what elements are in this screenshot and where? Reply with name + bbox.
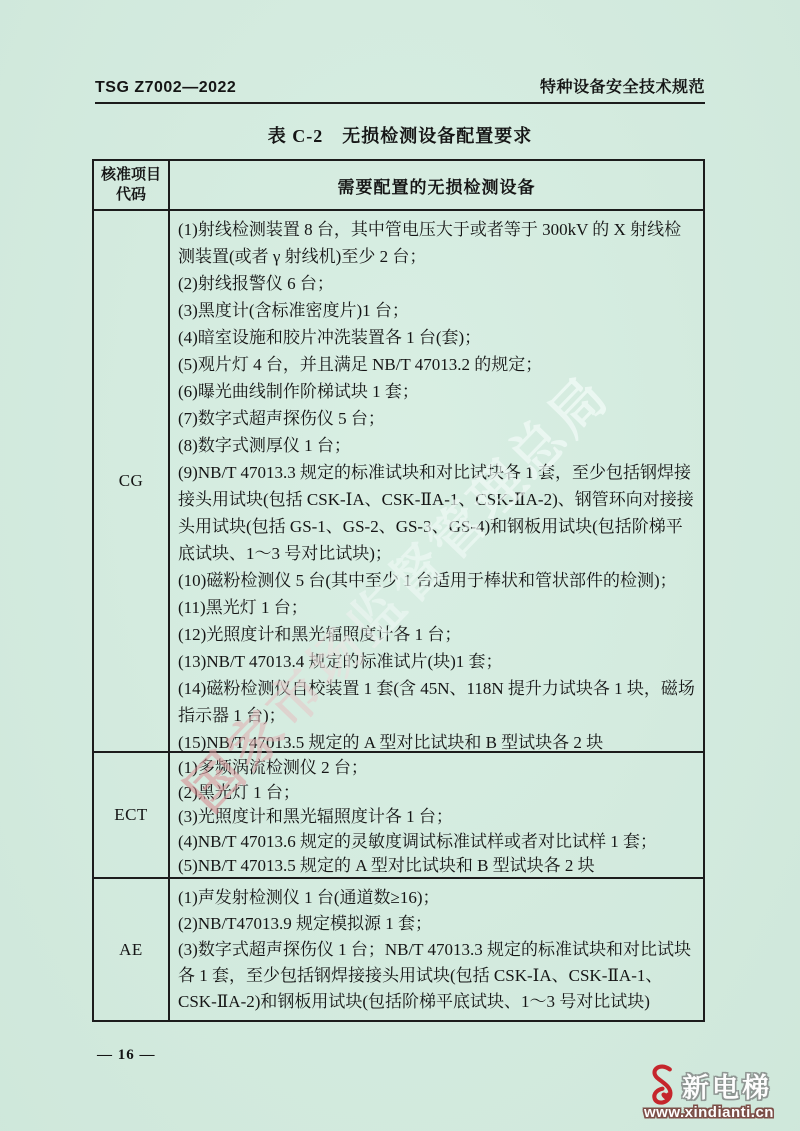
equipment-item: (5)NB/T 47013.5 规定的 A 型对比试块和 B 型试块各 2 块 [178, 854, 697, 879]
equipment-item: (6)曝光曲线制作阶梯试块 1 套； [178, 378, 697, 405]
table-header-row: 核准项目 代码 需要配置的无损检测设备 [94, 161, 703, 211]
equipment-item: (12)光照度计和黑光辐照度计各 1 台； [178, 621, 697, 648]
equipment-item: (3)数字式超声探伤仪 1 台；NB/T 47013.3 规定的标准试块和对比试… [178, 937, 697, 1015]
approval-code: AE [119, 940, 143, 960]
equipment-item: (11)黑光灯 1 台； [178, 594, 697, 621]
items-cell: (1)射线检测装置 8 台，其中管电压大于或者等于 300kV 的 X 射线检测… [170, 211, 703, 751]
page-number: — 16 — [97, 1047, 800, 1064]
doc-code: TSG Z7002—2022 [95, 79, 236, 97]
equipment-item: (2)NB/T47013.9 规定模拟源 1 套； [178, 911, 697, 937]
equipment-item: (1)声发射检测仪 1 台(通道数≥16)； [178, 885, 697, 911]
items-cell: (1)多频涡流检测仪 2 台；(2)黑光灯 1 台；(3)光照度计和黑光辐照度计… [170, 753, 703, 877]
table-row: CG (1)射线检测装置 8 台，其中管电压大于或者等于 300kV 的 X 射… [94, 211, 703, 753]
equipment-item: (1)射线检测装置 8 台，其中管电压大于或者等于 300kV 的 X 射线检测… [178, 216, 697, 270]
table-body: CG (1)射线检测装置 8 台，其中管电压大于或者等于 300kV 的 X 射… [94, 211, 703, 1020]
equipment-item: (5)观片灯 4 台，并且满足 NB/T 47013.2 的规定； [178, 351, 697, 378]
page-header: TSG Z7002—2022 特种设备安全技术规范 [0, 0, 800, 97]
logo-top-row: 新电梯 [624, 1063, 794, 1107]
xindianti-logo: 新电梯 www.xindianti.cn [624, 1063, 794, 1121]
equipment-item: (10)磁粉检测仪 5 台(其中至少 1 台适用于棒状和管状部件的检测)； [178, 567, 697, 594]
col-header-equipment: 需要配置的无损检测设备 [170, 161, 703, 209]
equipment-item: (4)暗室设施和胶片冲洗装置各 1 台(套)； [178, 324, 697, 351]
equipment-item: (3)黑度计(含标准密度片)1 台； [178, 297, 697, 324]
approval-code: ECT [114, 805, 148, 825]
table-row: ECT (1)多频涡流检测仪 2 台；(2)黑光灯 1 台；(3)光照度计和黑光… [94, 753, 703, 879]
equipment-item: (8)数字式测厚仪 1 台； [178, 432, 697, 459]
code-cell: AE [94, 879, 170, 1020]
ribbon-8-heart-icon [646, 1063, 679, 1107]
document-page: TSG Z7002—2022 特种设备安全技术规范 表 C-2 无损检测设备配置… [0, 0, 800, 1131]
equipment-item: (15)NB/T 47013.5 规定的 A 型对比试块和 B 型试块各 2 块 [178, 729, 697, 756]
code-cell: ECT [94, 753, 170, 877]
logo-name-text: 新电梯 [682, 1066, 772, 1105]
col-header-code-line2: 代码 [116, 185, 146, 205]
col-header-code: 核准项目 代码 [94, 161, 170, 209]
approval-code: CG [119, 471, 144, 491]
header-rule [95, 102, 705, 104]
equipment-item: (9)NB/T 47013.3 规定的标准试块和对比试块各 1 套，至少包括钢焊… [178, 459, 697, 567]
doc-standard-name: 特种设备安全技术规范 [540, 74, 705, 97]
equipment-item: (2)射线报警仪 6 台； [178, 270, 697, 297]
equipment-item: (4)NB/T 47013.6 规定的灵敏度调试标准试样或者对比试样 1 套； [178, 830, 697, 855]
equipment-item: (1)多频涡流检测仪 2 台； [178, 756, 697, 781]
col-header-code-line1: 核准项目 [101, 165, 161, 185]
equipment-item: (13)NB/T 47013.4 规定的标准试片(块)1 套； [178, 648, 697, 675]
items-cell: (1)声发射检测仪 1 台(通道数≥16)；(2)NB/T47013.9 规定模… [170, 879, 703, 1020]
logo-url-text: www.xindianti.cn [624, 1104, 794, 1121]
equipment-item: (3)光照度计和黑光辐照度计各 1 台； [178, 805, 697, 830]
equipment-item: (14)磁粉检测仪自校装置 1 套(含 45N、118N 提升力试块各 1 块，… [178, 675, 697, 729]
equipment-item: (7)数字式超声探伤仪 5 台； [178, 405, 697, 432]
equipment-item: (2)黑光灯 1 台； [178, 781, 697, 806]
code-cell: CG [94, 211, 170, 751]
equipment-table: 核准项目 代码 需要配置的无损检测设备 CG (1)射线检测装置 8 台，其中管… [92, 159, 705, 1022]
table-row: AE (1)声发射检测仪 1 台(通道数≥16)；(2)NB/T47013.9 … [94, 879, 703, 1020]
table-title: 表 C-2 无损检测设备配置要求 [0, 122, 800, 148]
